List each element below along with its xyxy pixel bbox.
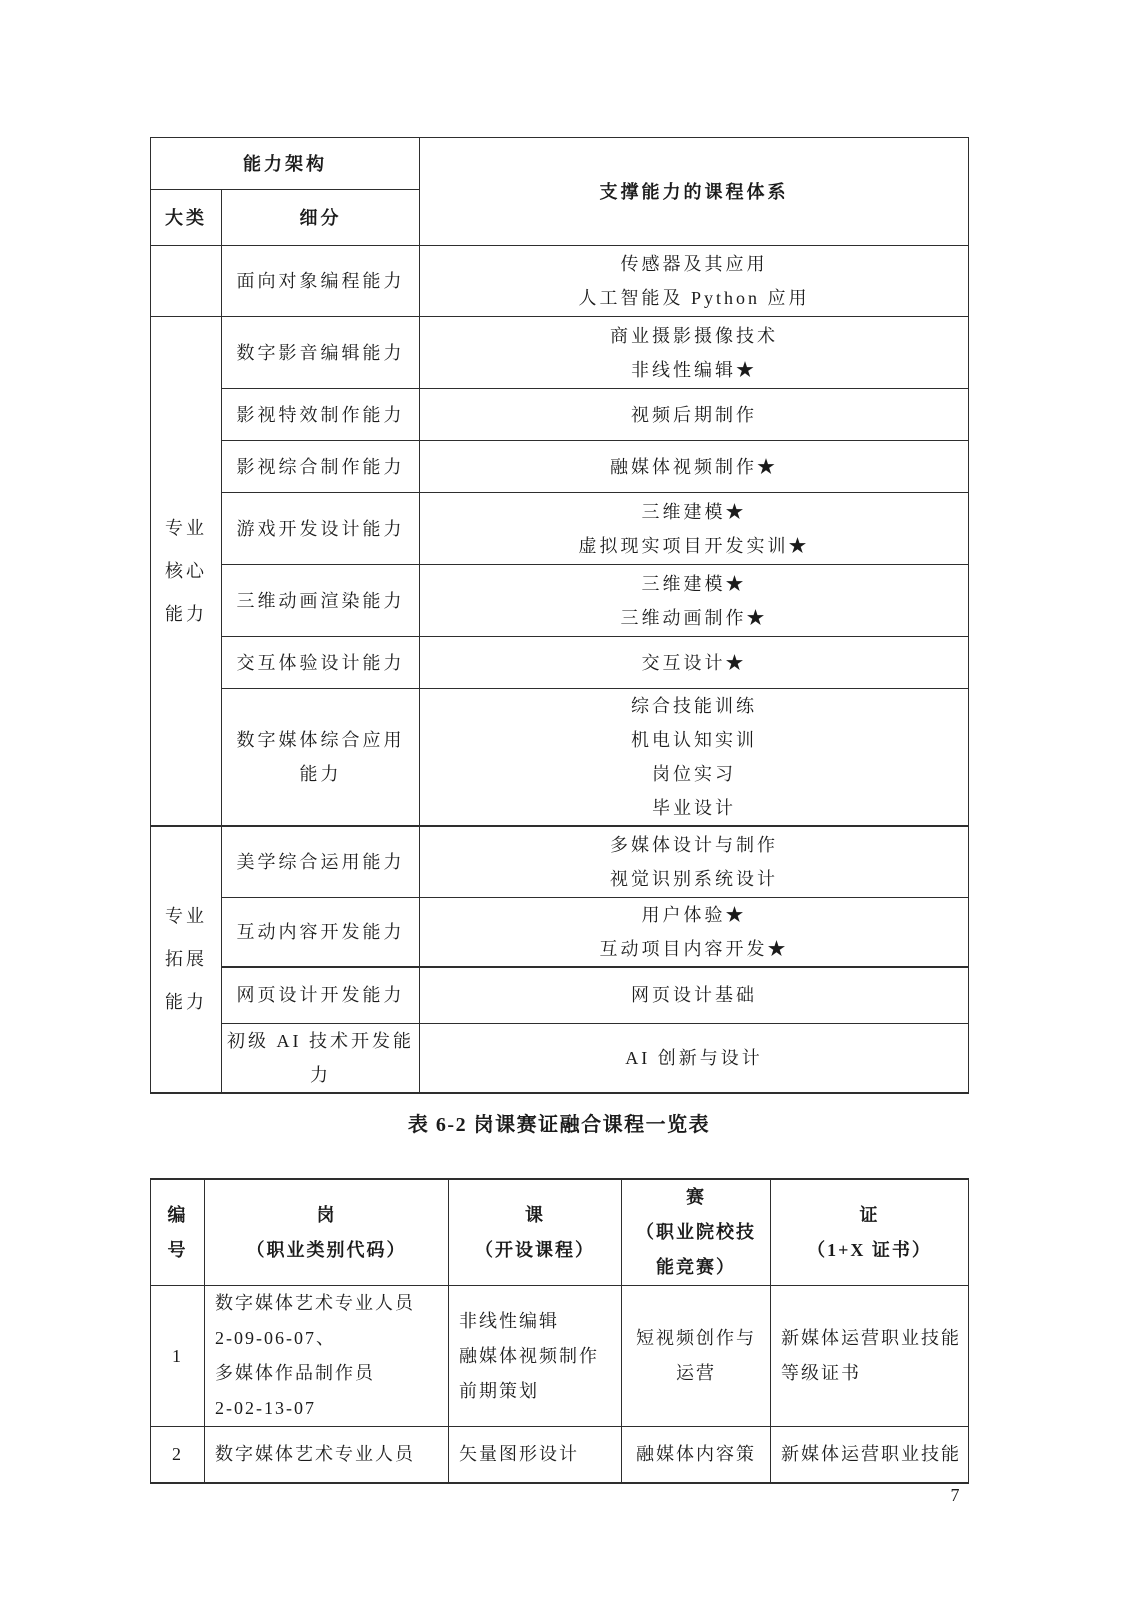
document-page: 能力架构 支撑能力的课程体系 大类 细分 面向对象编程能力 传感器及其应用 人工…: [0, 0, 1131, 1600]
courses-cell: AI 创新与设计: [420, 1023, 969, 1093]
post-cell: 数字媒体艺术专业人员: [205, 1427, 449, 1483]
ability-cell: 三维动画渲染能力: [222, 565, 420, 637]
ability-cell: 面向对象编程能力: [222, 246, 420, 317]
major-class-header: 大类: [151, 190, 222, 246]
certificate-cell: 新媒体运营职业技能: [771, 1427, 969, 1483]
group-label-core: 专业 核心 能力: [151, 317, 222, 827]
courses-cell: 交互设计★: [420, 637, 969, 689]
ability-cell: 数字影音编辑能力: [222, 317, 420, 389]
no-header: 编 号: [151, 1179, 205, 1286]
table-row: 2 数字媒体艺术专业人员 矢量图形设计 融媒体内容策 新媒体运营职业技能: [151, 1427, 969, 1483]
courses-cell: 传感器及其应用 人工智能及 Python 应用: [420, 246, 969, 317]
row-number-cell: 1: [151, 1286, 205, 1427]
ability-cell: 初级 AI 技术开发能 力: [222, 1023, 420, 1093]
competition-header: 赛 （职业院校技 能竞赛）: [622, 1179, 771, 1286]
competition-cell: 融媒体内容策: [622, 1427, 771, 1483]
empty-major-class-cell: [151, 246, 222, 317]
courses-cell: 视频后期制作: [420, 389, 969, 441]
certificate-header: 证 （1+X 证书）: [771, 1179, 969, 1286]
page-number: 7: [930, 1482, 980, 1508]
fusion-course-table: 编 号 岗 （职业类别代码） 课 （开设课程） 赛 （职业院校技 能竞赛） 证 …: [150, 1178, 969, 1484]
subdivision-header: 细分: [222, 190, 420, 246]
capability-architecture-header: 能力架构: [151, 138, 420, 190]
post-cell: 数字媒体艺术专业人员 2-09-06-07、 多媒体作品制作员 2-02-13-…: [205, 1286, 449, 1427]
courses-cell: 三维建模★ 三维动画制作★: [420, 565, 969, 637]
courses-cell: 网页设计基础: [420, 967, 969, 1023]
courses-cell: 多媒体设计与制作 视觉识别系统设计: [420, 826, 969, 897]
ability-cell: 交互体验设计能力: [222, 637, 420, 689]
certificate-cell: 新媒体运营职业技能 等级证书: [771, 1286, 969, 1427]
group-label-extended: 专业 拓展 能力: [151, 826, 222, 1093]
table-row: 1 数字媒体艺术专业人员 2-09-06-07、 多媒体作品制作员 2-02-1…: [151, 1286, 969, 1427]
ability-cell: 游戏开发设计能力: [222, 493, 420, 565]
ability-cell: 美学综合运用能力: [222, 826, 420, 897]
courses-cell: 融媒体视频制作★: [420, 441, 969, 493]
row-number-cell: 2: [151, 1427, 205, 1483]
course-cell: 矢量图形设计: [449, 1427, 622, 1483]
ability-cell: 影视特效制作能力: [222, 389, 420, 441]
courses-cell: 综合技能训练 机电认知实训 岗位实习 毕业设计: [420, 689, 969, 827]
capability-course-table: 能力架构 支撑能力的课程体系 大类 细分 面向对象编程能力 传感器及其应用 人工…: [150, 137, 969, 1094]
fusion-table-caption: 表 6-2 岗课赛证融合课程一览表: [150, 1110, 968, 1140]
courses-cell: 商业摄影摄像技术 非线性编辑★: [420, 317, 969, 389]
ability-cell: 影视综合制作能力: [222, 441, 420, 493]
course-header: 课 （开设课程）: [449, 1179, 622, 1286]
ability-cell: 网页设计开发能力: [222, 967, 420, 1023]
post-header: 岗 （职业类别代码）: [205, 1179, 449, 1286]
courses-cell: 用户体验★ 互动项目内容开发★: [420, 897, 969, 967]
course-cell: 非线性编辑 融媒体视频制作 前期策划: [449, 1286, 622, 1427]
course-system-header: 支撑能力的课程体系: [420, 138, 969, 246]
ability-cell: 数字媒体综合应用 能力: [222, 689, 420, 827]
courses-cell: 三维建模★ 虚拟现实项目开发实训★: [420, 493, 969, 565]
competition-cell: 短视频创作与 运营: [622, 1286, 771, 1427]
ability-cell: 互动内容开发能力: [222, 897, 420, 967]
